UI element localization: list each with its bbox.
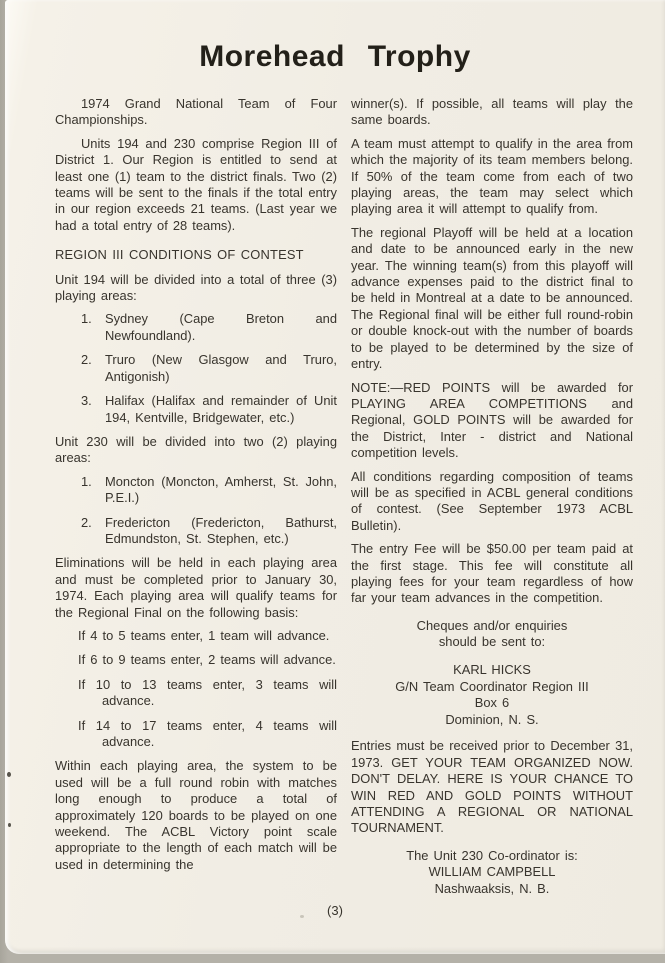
cheques-note: Cheques and/or enquiries should be sent … bbox=[351, 618, 633, 651]
para-note-points: NOTE:—RED POINTS will be awarded for PLA… bbox=[351, 380, 633, 462]
para-unit230-areas: Unit 230 will be divided into two (2) pl… bbox=[55, 434, 337, 467]
rule-14-to-17: If 14 to 17 teams enter, 4 teams will ad… bbox=[55, 718, 337, 751]
contact-box: Box 6 bbox=[351, 695, 633, 712]
list-item-truro: 2. Truro (New Glasgow and Truro, Antigon… bbox=[55, 352, 337, 385]
advance-rules-list: If 4 to 5 teams enter, 1 team will advan… bbox=[55, 628, 337, 750]
page-number: (3) bbox=[5, 903, 665, 918]
coordinator-block: The Unit 230 Co-ordinator is: WILLIAM CA… bbox=[351, 848, 633, 898]
list-number: 2. bbox=[81, 352, 92, 368]
list-item-sydney: 1. Sydney (Cape Breton and Newfoundland)… bbox=[55, 311, 337, 344]
page-title: Morehead Trophy bbox=[5, 40, 665, 74]
contact-name: KARL HICKS bbox=[351, 662, 633, 679]
list-number: 3. bbox=[81, 393, 92, 409]
list-number: 1. bbox=[81, 311, 92, 327]
document-page: Morehead Trophy 1974 Grand National Team… bbox=[5, 0, 665, 954]
list-item-text: Moncton (Moncton, Amherst, St. John, P.E… bbox=[105, 474, 337, 505]
rule-10-to-13: If 10 to 13 teams enter, 3 teams will ad… bbox=[55, 677, 337, 710]
list-number: 2. bbox=[81, 515, 92, 531]
list-item-text: Sydney (Cape Breton and Newfoundland). bbox=[105, 311, 337, 342]
para-winners: winner(s). If possible, all teams will p… bbox=[351, 96, 633, 129]
scan-speck bbox=[8, 823, 11, 827]
scan-smudge bbox=[300, 915, 304, 918]
list-item-fredericton: 2. Fredericton (Fredericton, Bathurst, E… bbox=[55, 515, 337, 548]
coordinator-intro: The Unit 230 Co-ordinator is: bbox=[351, 848, 633, 865]
para-region-units: Units 194 and 230 comprise Region III of… bbox=[55, 136, 337, 234]
para-acbl-conditions: All conditions regarding composition of … bbox=[351, 469, 633, 535]
contact-place: Dominion, N. S. bbox=[351, 712, 633, 729]
list-item-moncton: 1. Moncton (Moncton, Amherst, St. John, … bbox=[55, 474, 337, 507]
rule-4-to-5: If 4 to 5 teams enter, 1 team will advan… bbox=[55, 628, 337, 644]
right-column: winner(s). If possible, all teams will p… bbox=[351, 96, 633, 908]
para-entry-fee: The entry Fee will be $50.00 per team pa… bbox=[351, 541, 633, 607]
contact-role: G/N Team Coordinator Region III bbox=[351, 679, 633, 696]
coordinator-place: Nashwaaksis, N. B. bbox=[351, 881, 633, 898]
para-regional-playoff: The regional Playoff will be held at a l… bbox=[351, 225, 633, 373]
cheques-line-1: Cheques and/or enquiries bbox=[351, 618, 633, 635]
para-eliminations: Eliminations will be held in each playin… bbox=[55, 555, 337, 621]
list-item-text: Truro (New Glasgow and Truro, Antigonish… bbox=[105, 352, 337, 383]
para-qualify-area: A team must attempt to qualify in the ar… bbox=[351, 136, 633, 218]
para-unit194-areas: Unit 194 will be divided into a total of… bbox=[55, 272, 337, 305]
para-entries-deadline: Entries must be received prior to Decemb… bbox=[351, 738, 633, 836]
cheques-line-2: should be sent to: bbox=[351, 634, 633, 651]
para-championships: 1974 Grand National Team of Four Champio… bbox=[55, 96, 337, 129]
rule-6-to-9: If 6 to 9 teams enter, 2 teams will adva… bbox=[55, 652, 337, 668]
two-column-layout: 1974 Grand National Team of Four Champio… bbox=[5, 96, 665, 908]
list-number: 1. bbox=[81, 474, 92, 490]
area-list-194: 1. Sydney (Cape Breton and Newfoundland)… bbox=[55, 311, 337, 425]
list-item-text: Fredericton (Fredericton, Bathurst, Edmu… bbox=[105, 515, 337, 546]
contact-block: KARL HICKS G/N Team Coordinator Region I… bbox=[351, 662, 633, 728]
left-column: 1974 Grand National Team of Four Champio… bbox=[55, 96, 337, 908]
list-item-text: Halifax (Halifax and remainder of Unit 1… bbox=[105, 393, 337, 424]
para-round-robin: Within each playing area, the system to … bbox=[55, 758, 337, 873]
area-list-230: 1. Moncton (Moncton, Amherst, St. John, … bbox=[55, 474, 337, 548]
coordinator-name: WILLIAM CAMPBELL bbox=[351, 864, 633, 881]
heading-conditions-of-contest: REGION III CONDITIONS OF CONTEST bbox=[55, 247, 337, 263]
list-item-halifax: 3. Halifax (Halifax and remainder of Uni… bbox=[55, 393, 337, 426]
scan-speck bbox=[7, 772, 11, 777]
